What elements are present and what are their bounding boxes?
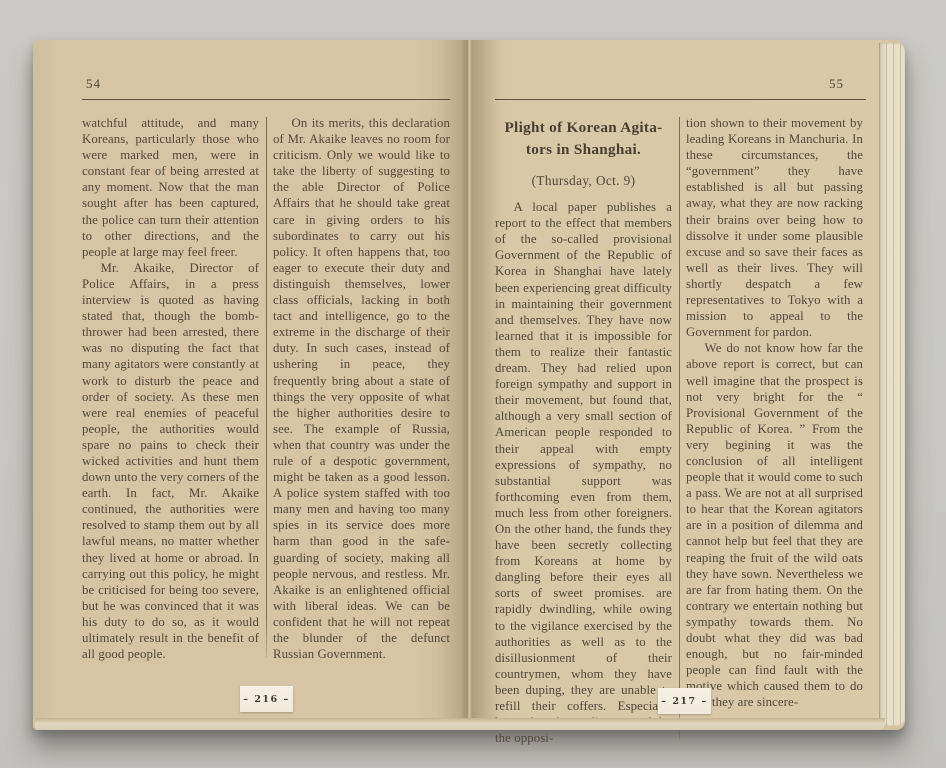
right-column-1: Plight of Korean Agita- tors in Shanghai… xyxy=(495,115,672,746)
page-sticker-left: – 216 – xyxy=(240,686,293,712)
header-rule-right xyxy=(495,99,866,100)
page-number-right: 55 xyxy=(495,76,866,94)
paragraph: We do not know how far the above report … xyxy=(686,340,863,710)
photo-background: 54 watchful attitude, and many Koreans, … xyxy=(0,0,946,768)
left-column-2: On its merits, this declaration of Mr. A… xyxy=(273,115,450,663)
paragraph: On its merits, this declaration of Mr. A… xyxy=(273,115,450,662)
page-number-left: 54 xyxy=(82,76,450,94)
page-left-content: 54 watchful attitude, and many Koreans, … xyxy=(82,76,450,663)
paragraph: tion shown to their movement by leading … xyxy=(686,115,863,340)
paragraph: Mr. Akaike, Director of Police Affairs, … xyxy=(82,260,259,662)
left-columns: watchful attitude, and many Koreans, par… xyxy=(82,115,450,663)
right-columns: Plight of Korean Agita- tors in Shanghai… xyxy=(495,115,866,746)
article-title-line-2: tors in Shanghai. xyxy=(495,139,672,161)
page-sticker-right: – 217 – xyxy=(658,688,711,714)
left-column-1: watchful attitude, and many Koreans, par… xyxy=(82,115,259,663)
page-stack-bottom xyxy=(35,718,885,730)
page-left: 54 watchful attitude, and many Koreans, … xyxy=(33,40,468,718)
page-stack-edge xyxy=(879,43,905,726)
right-column-2: tion shown to their movement by leading … xyxy=(686,115,863,746)
article-title-line-1: Plight of Korean Agita- xyxy=(495,117,672,139)
article-dateline: (Thursday, Oct. 9) xyxy=(495,173,672,189)
column-divider-left xyxy=(266,117,267,657)
header-rule-left xyxy=(82,99,450,100)
page-right-content: 55 Plight of Korean Agita- tors in Shang… xyxy=(495,76,866,746)
column-divider-right xyxy=(679,117,680,740)
article-title: Plight of Korean Agita- tors in Shanghai… xyxy=(495,117,672,161)
open-book: 54 watchful attitude, and many Koreans, … xyxy=(33,40,905,730)
paragraph: A local paper publishes a report to the … xyxy=(495,199,672,746)
paragraph: watchful attitude, and many Koreans, par… xyxy=(82,115,259,260)
page-right: 55 Plight of Korean Agita- tors in Shang… xyxy=(468,40,880,718)
